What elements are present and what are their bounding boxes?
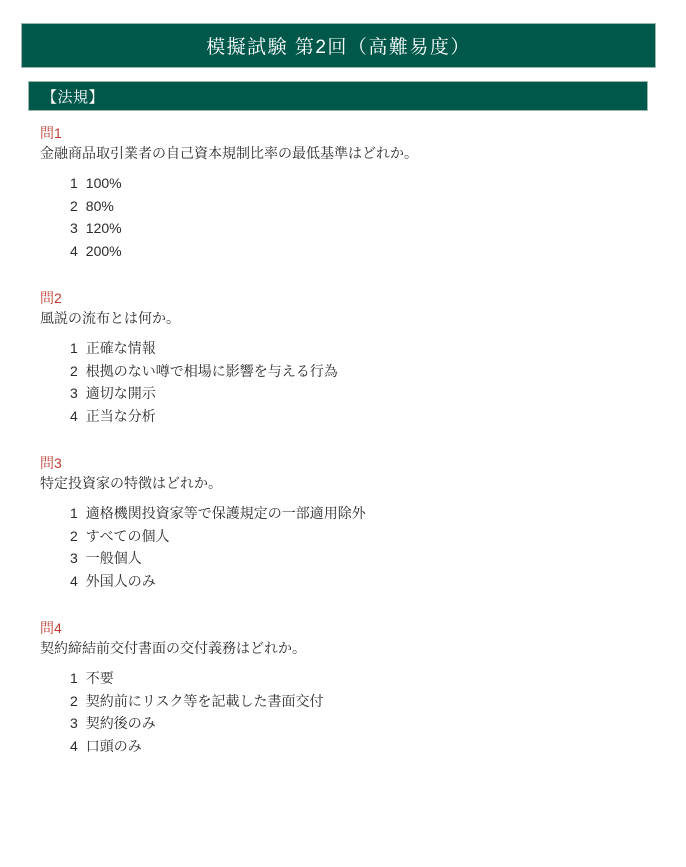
option-number: 1 [70,667,78,690]
option-number: 4 [70,405,78,428]
option-text: 80% [86,195,114,218]
options-list: 1正確な情報 2根拠のない噂で相場に影響を与える行為 3適切な開示 4正当な分析 [40,337,686,427]
option-text: 契約前にリスク等を記載した書面交付 [86,690,324,713]
option-number: 3 [70,547,78,570]
question-block-3: 問3 特定投資家の特徴はどれか。 1適格機関投資家等で保護規定の一部適用除外 2… [40,453,686,592]
option-number: 1 [70,172,78,195]
option-item: 1適格機関投資家等で保護規定の一部適用除外 [70,502,686,525]
section-header-bar: 【法規】 [28,81,648,111]
option-item: 3適切な開示 [70,382,686,405]
option-text: 正当な分析 [86,405,156,428]
option-item: 280% [70,195,686,218]
option-item: 3一般個人 [70,547,686,570]
section-header-label: 【法規】 [42,86,104,107]
option-number: 3 [70,217,78,240]
question-block-4: 問4 契約締結前交付書面の交付義務はどれか。 1不要 2契約前にリスク等を記載し… [40,618,686,757]
option-item: 3120% [70,217,686,240]
option-number: 2 [70,525,78,548]
exam-body: 問1 金融商品取引業者の自己資本規制比率の最低基準はどれか。 1100% 280… [40,123,686,757]
option-item: 4正当な分析 [70,405,686,428]
option-item: 2契約前にリスク等を記載した書面交付 [70,690,686,713]
option-item: 3契約後のみ [70,712,686,735]
option-text: 外国人のみ [86,570,156,593]
option-text: 不要 [86,667,114,690]
option-number: 2 [70,360,78,383]
question-number: 問2 [40,288,686,308]
option-number: 2 [70,690,78,713]
option-text: 適格機関投資家等で保護規定の一部適用除外 [86,502,366,525]
options-list: 1100% 280% 3120% 4200% [40,172,686,262]
options-list: 1適格機関投資家等で保護規定の一部適用除外 2すべての個人 3一般個人 4外国人… [40,502,686,592]
option-number: 4 [70,240,78,263]
option-text: 適切な開示 [86,382,156,405]
question-number: 問4 [40,618,686,638]
option-item: 1不要 [70,667,686,690]
option-text: 200% [86,240,122,263]
question-text: 風説の流布とは何か。 [40,308,686,328]
option-text: 根拠のない噂で相場に影響を与える行為 [86,360,338,383]
question-block-2: 問2 風説の流布とは何か。 1正確な情報 2根拠のない噂で相場に影響を与える行為… [40,288,686,427]
question-block-1: 問1 金融商品取引業者の自己資本規制比率の最低基準はどれか。 1100% 280… [40,123,686,262]
option-text: 一般個人 [86,547,142,570]
option-number: 3 [70,382,78,405]
question-number: 問3 [40,453,686,473]
option-number: 1 [70,337,78,360]
option-number: 2 [70,195,78,218]
option-item: 2すべての個人 [70,525,686,548]
option-item: 4口頭のみ [70,735,686,758]
option-text: 契約後のみ [86,712,156,735]
question-text: 特定投資家の特徴はどれか。 [40,473,686,493]
option-text: 120% [86,217,122,240]
option-number: 4 [70,570,78,593]
option-text: 正確な情報 [86,337,156,360]
option-item: 1正確な情報 [70,337,686,360]
option-item: 4外国人のみ [70,570,686,593]
option-item: 1100% [70,172,686,195]
option-number: 4 [70,735,78,758]
exam-title: 模擬試験 第2回（高難易度） [206,32,471,59]
option-number: 3 [70,712,78,735]
option-item: 4200% [70,240,686,263]
option-text: すべての個人 [86,525,170,548]
option-number: 1 [70,502,78,525]
question-number: 問1 [40,123,686,143]
option-text: 口頭のみ [86,735,142,758]
question-text: 契約締結前交付書面の交付義務はどれか。 [40,638,686,658]
exam-title-banner: 模擬試験 第2回（高難易度） [21,23,656,68]
option-text: 100% [86,172,122,195]
option-item: 2根拠のない噂で相場に影響を与える行為 [70,360,686,383]
question-text: 金融商品取引業者の自己資本規制比率の最低基準はどれか。 [40,143,686,163]
options-list: 1不要 2契約前にリスク等を記載した書面交付 3契約後のみ 4口頭のみ [40,667,686,757]
